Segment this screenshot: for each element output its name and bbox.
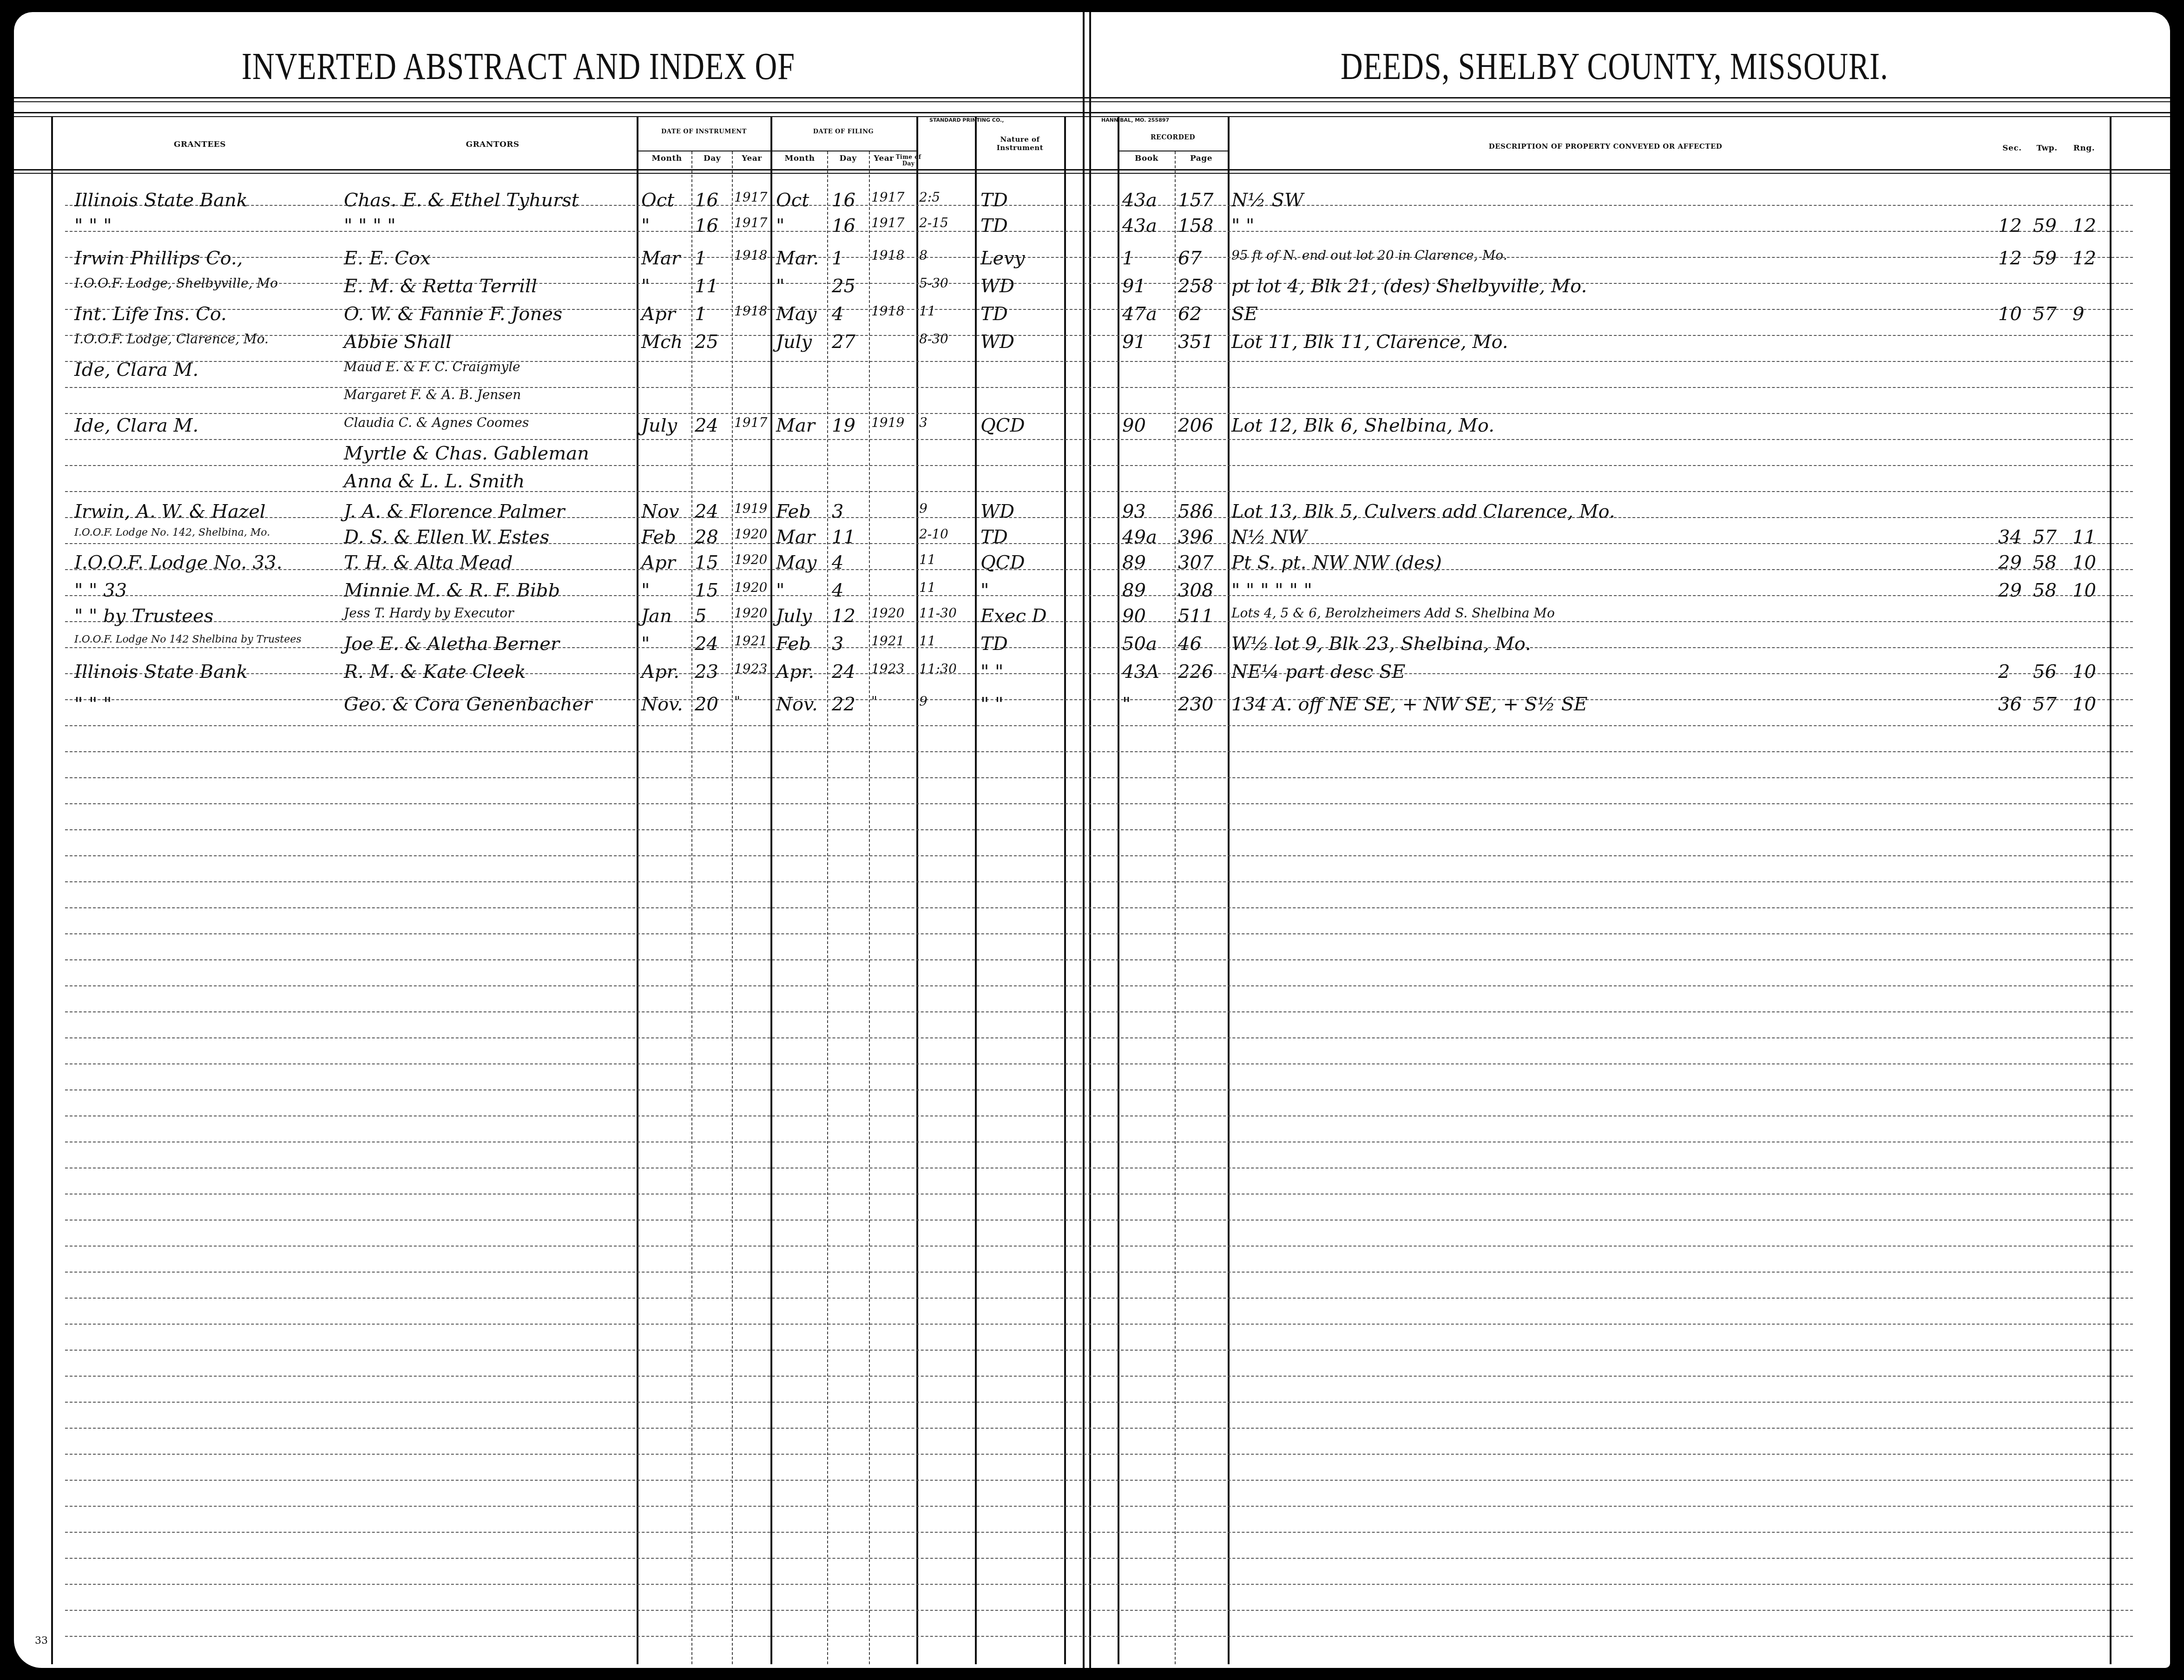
recorded-subheader-rule [1118, 151, 1228, 151]
filing-year-cell: 1923 [871, 663, 904, 676]
instrument-day-cell: 25 [695, 333, 718, 351]
instrument-year-cell: " [734, 695, 740, 708]
grantor-cell: E. E. Cox [344, 249, 431, 268]
time-of-day-cell: 11 [919, 305, 936, 318]
instrument-year-cell: 1920 [734, 528, 767, 541]
nature-cell: WD [980, 277, 1014, 295]
row-rule [65, 1011, 2133, 1012]
twp-cell: 59 [2033, 249, 2057, 268]
col-line-date-filing [770, 117, 772, 1664]
header-filing-month: Month [774, 154, 825, 163]
page-cell: 586 [1178, 502, 1213, 521]
filing-year-cell: 1917 [871, 191, 904, 204]
row-rule [65, 1480, 2133, 1481]
description-cell: Lot 11, Blk 11, Clarence, Mo. [1231, 333, 1508, 351]
grantor-cell: Minnie M. & R. F. Bibb [344, 581, 560, 600]
time-of-day-cell: 3 [919, 416, 928, 429]
table-top-rule [14, 116, 2170, 117]
page-cell: 206 [1178, 416, 1213, 435]
page-cell: 307 [1178, 553, 1213, 572]
grantor-cell: R. M. & Kate Cleek [344, 663, 526, 681]
grantor-cell: Claudia C. & Agnes Coomes [344, 416, 529, 429]
grantee-cell: " " " [74, 695, 112, 714]
grantor-cell: Geo. & Cora Genenbacher [344, 695, 592, 714]
instrument-month-cell: Oct [641, 191, 674, 210]
col-line-nature [975, 117, 977, 1664]
filing-year-cell: 1920 [871, 607, 904, 620]
instrument-month-cell: Mch [641, 333, 683, 351]
nature-cell: Exec D [980, 607, 1047, 625]
nature-cell: TD [980, 635, 1008, 653]
row-rule [65, 621, 2133, 622]
instrument-month-cell: " [641, 217, 650, 235]
row-rule [65, 1037, 2133, 1038]
grantee-cell: Ide, Clara M. [74, 416, 198, 435]
time-of-day-cell: 11 [919, 581, 936, 594]
instrument-year-cell: 1920 [734, 607, 767, 620]
grantee-cell: Illinois State Bank [74, 191, 248, 210]
filing-year-cell: 1919 [871, 416, 904, 429]
description-cell: N½ NW [1231, 528, 1307, 546]
row-rule [65, 1584, 2133, 1585]
row-rule [65, 1194, 2133, 1194]
instrument-day-cell: 23 [695, 663, 718, 681]
rng-cell: 12 [2072, 249, 2096, 268]
description-cell: Lots 4, 5 & 6, Berolzheimers Add S. Shel… [1231, 607, 1555, 620]
instrument-day-cell: 11 [695, 277, 718, 295]
filing-month-cell: " [776, 277, 784, 295]
book-cell: 50a [1122, 635, 1157, 653]
book-cell: 90 [1122, 416, 1146, 435]
row-rule [65, 1636, 2133, 1637]
row-rule [65, 1428, 2133, 1429]
twp-cell: 57 [2033, 305, 2057, 323]
grantee-cell: I.O.O.F. Lodge No 142 Shelbina by Truste… [74, 635, 302, 645]
twp-cell: 58 [2033, 581, 2057, 600]
instrument-month-cell: " [641, 277, 650, 295]
instrument-month-cell: July [641, 416, 677, 435]
time-of-day-cell: 11 [919, 635, 936, 648]
row-rule [65, 725, 2133, 726]
instrument-month-cell: " [641, 635, 650, 653]
time-of-day-cell: 9 [919, 695, 928, 708]
description-cell: " " [1231, 217, 1255, 235]
nature-cell: TD [980, 191, 1008, 210]
filing-day-cell: 16 [832, 217, 855, 235]
row-rule [65, 777, 2133, 778]
row-rule [65, 1350, 2133, 1351]
description-cell: Lot 12, Blk 6, Shelbina, Mo. [1231, 416, 1494, 435]
filing-year-cell: 1917 [871, 217, 904, 230]
filing-year-cell: 1918 [871, 249, 904, 262]
sec-cell: 29 [1998, 581, 2022, 600]
header-sec: Sec. [1998, 144, 2026, 153]
page-cell: 230 [1178, 695, 1213, 714]
row-rule [65, 1610, 2133, 1611]
col-line-book [1118, 117, 1119, 1664]
filing-day-cell: 22 [832, 695, 855, 714]
col-line-date-instrument [637, 117, 638, 1664]
header-filing-year: Year [870, 154, 898, 163]
header-bottom-rule [14, 173, 2170, 174]
sec-cell: 34 [1998, 528, 2022, 546]
grantor-cell: Margaret F. & A. B. Jensen [344, 388, 521, 401]
description-cell: W½ lot 9, Blk 23, Shelbina, Mo. [1231, 635, 1531, 653]
filing-day-cell: 4 [832, 305, 843, 323]
col-line-left [51, 117, 53, 1664]
title-right: DEEDS, SHELBY COUNTY, MISSOURI. [1341, 45, 1888, 89]
filing-month-cell: May [776, 305, 816, 323]
grantor-cell: Abbie Shall [344, 333, 452, 351]
book-cell: 43A [1122, 663, 1159, 681]
filing-month-cell: " [776, 581, 784, 600]
time-of-day-cell: 8 [919, 249, 928, 262]
nature-cell: " [980, 581, 989, 600]
header-year: Year [733, 154, 770, 163]
row-rule [65, 1142, 2133, 1142]
header-page: Page [1176, 154, 1227, 163]
book-cell: 1 [1122, 249, 1134, 268]
time-of-day-cell: 11:30 [919, 663, 957, 676]
instrument-day-cell: 16 [695, 191, 718, 210]
filing-year-cell: 1921 [871, 635, 904, 648]
instrument-day-cell: 24 [695, 635, 718, 653]
printer-imprint-right: HANNIBAL, MO. 255897 [1101, 117, 1169, 123]
filing-month-cell: Feb [776, 502, 811, 521]
row-rule [65, 907, 2133, 908]
row-rule [65, 1168, 2133, 1168]
col-line-time [916, 117, 918, 1664]
filing-day-cell: 27 [832, 333, 855, 351]
page-cell: 396 [1178, 528, 1213, 546]
instrument-month-cell: Jan [641, 607, 672, 625]
instrument-day-cell: 1 [695, 249, 706, 268]
header-rule [14, 97, 2170, 98]
row-rule [65, 985, 2133, 986]
instrument-day-cell: 5 [695, 607, 706, 625]
rng-cell: 9 [2072, 305, 2084, 323]
book-spine [1083, 12, 1091, 1668]
filing-day-cell: 4 [832, 581, 843, 600]
page-cell: 67 [1178, 249, 1202, 268]
row-rule [65, 413, 2133, 414]
page-cell: 46 [1178, 635, 1202, 653]
header-grantees: GRANTEES [153, 140, 246, 149]
instrument-day-cell: 28 [695, 528, 718, 546]
instrument-day-cell: 15 [695, 581, 718, 600]
header-bottom-rule [14, 169, 2170, 171]
rng-cell: 10 [2072, 581, 2096, 600]
instrument-month-cell: Apr [641, 305, 676, 323]
time-of-day-cell: 11 [919, 553, 936, 566]
instrument-year-cell: 1921 [734, 635, 767, 648]
rng-cell: 10 [2072, 695, 2096, 714]
nature-cell: " " [980, 695, 1004, 714]
filing-day-cell: 4 [832, 553, 843, 572]
row-rule [65, 751, 2133, 752]
time-of-day-cell: 8-30 [919, 333, 948, 346]
instrument-year-cell: 1917 [734, 191, 767, 204]
description-cell: Pt S. pt. NW NW (des) [1231, 553, 1442, 572]
description-cell: NE¼ part desc SE [1231, 663, 1406, 681]
grantee-cell: I.O.O.F. Lodge, Shelbyville, Mo [74, 277, 278, 290]
page-cell: 158 [1178, 217, 1213, 235]
time-of-day-cell: 2:5 [919, 191, 940, 204]
filing-day-cell: 25 [832, 277, 855, 295]
grantor-cell: Chas. E. & Ethel Tyhurst [344, 191, 579, 210]
grantee-cell: " " 33 [74, 581, 127, 600]
grantor-cell: E. M. & Retta Terrill [344, 277, 537, 295]
row-rule [65, 1454, 2133, 1455]
filing-day-cell: 1 [832, 249, 843, 268]
twp-cell: 57 [2033, 528, 2057, 546]
grantor-cell: O. W. & Fannie F. Jones [344, 305, 562, 323]
instrument-month-cell: " [641, 581, 650, 600]
filing-day-cell: 16 [832, 191, 855, 210]
description-cell: SE [1231, 305, 1258, 323]
header-date-of-filing: DATE OF FILING [776, 128, 911, 135]
row-rule [65, 465, 2133, 466]
filing-month-cell: July [776, 333, 812, 351]
instrument-month-cell: Apr [641, 553, 676, 572]
grantee-cell: Irwin Phillips Co., [74, 249, 243, 268]
row-rule [65, 959, 2133, 960]
grantor-cell: Anna & L. L. Smith [344, 472, 525, 491]
row-rule [65, 1272, 2133, 1273]
description-cell: 134 A. off NE SE, + NW SE, + S½ SE [1231, 695, 1587, 714]
grantee-cell: I.O.O.F. Lodge No. 142, Shelbina, Mo. [74, 528, 270, 538]
row-rule [65, 1532, 2133, 1533]
grantor-cell: Maud E. & F. C. Craigmyle [344, 361, 520, 374]
header-recorded: RECORDED [1120, 134, 1226, 141]
filing-day-cell: 12 [832, 607, 855, 625]
filing-day-cell: 3 [832, 635, 843, 653]
filing-month-cell: Mar [776, 528, 815, 546]
book-cell: 93 [1122, 502, 1146, 521]
nature-cell: TD [980, 528, 1008, 546]
filing-month-cell: Feb [776, 635, 811, 653]
nature-cell: Levy [980, 249, 1025, 268]
nature-cell: TD [980, 305, 1008, 323]
twp-cell: 56 [2033, 663, 2057, 681]
instrument-year-cell: 1917 [734, 416, 767, 429]
col-line-right [2110, 117, 2112, 1664]
time-of-day-cell: 9 [919, 502, 928, 515]
filing-month-cell: Nov. [776, 695, 818, 714]
grantee-cell: I.O.O.F. Lodge No. 33. [74, 553, 282, 572]
page-mark: 33 [35, 1636, 48, 1646]
row-rule [65, 1089, 2133, 1090]
rng-cell: 12 [2072, 217, 2096, 235]
row-rule [65, 1116, 2133, 1116]
description-cell: 95 ft of N. end out lot 20 in Clarence, … [1231, 249, 1507, 262]
sec-cell: 12 [1998, 249, 2022, 268]
book-cell: " [1122, 695, 1131, 714]
instrument-year-cell: 1918 [734, 305, 767, 318]
sec-cell: 2 [1998, 663, 2010, 681]
header-filing-day: Day [828, 154, 868, 163]
filing-year-cell: 1918 [871, 305, 904, 318]
col-line-nature-end [1064, 117, 1066, 1664]
instrument-year-cell: 1918 [734, 249, 767, 262]
filing-day-cell: 19 [832, 416, 855, 435]
row-rule [65, 439, 2133, 440]
rng-cell: 10 [2072, 553, 2096, 572]
rng-cell: 10 [2072, 663, 2096, 681]
header-day: Day [692, 154, 732, 163]
row-rule [65, 933, 2133, 934]
filing-day-cell: 11 [832, 528, 855, 546]
grantor-cell: Jess T. Hardy by Executor [344, 607, 514, 620]
filing-day-cell: 24 [832, 663, 855, 681]
filing-month-cell: " [776, 217, 784, 235]
nature-cell: TD [980, 217, 1008, 235]
table-top-rule [14, 112, 2170, 113]
row-rule [65, 1376, 2133, 1377]
header-time-of-day: Time of Day [895, 154, 922, 167]
instrument-day-cell: 15 [695, 553, 718, 572]
grantor-cell: Myrtle & Chas. Gableman [344, 444, 589, 463]
description-cell: " " " " " " [1231, 581, 1312, 600]
row-rule [65, 1220, 2133, 1221]
filing-year-cell: " [871, 695, 877, 708]
grantee-cell: Int. Life Ins. Co. [74, 305, 227, 323]
instrument-month-cell: Feb [641, 528, 676, 546]
header-month: Month [646, 154, 688, 163]
grantor-cell: " " " " [344, 217, 396, 235]
instrument-year-cell: 1920 [734, 553, 767, 566]
grantor-cell: Joe E. & Aletha Berner [344, 635, 559, 653]
nature-cell: " " [980, 663, 1004, 681]
instrument-month-cell: Nov. [641, 695, 683, 714]
grantor-cell: D. S. & Ellen W. Estes [344, 528, 549, 546]
instrument-day-cell: 24 [695, 416, 718, 435]
page-cell: 62 [1178, 305, 1202, 323]
twp-cell: 57 [2033, 695, 2057, 714]
description-cell: N½ SW [1231, 191, 1303, 210]
row-rule [65, 1506, 2133, 1507]
instrument-day-cell: 20 [695, 695, 718, 714]
page-cell: 511 [1178, 607, 1213, 625]
instrument-year-cell: 1923 [734, 663, 767, 676]
rng-cell: 11 [2072, 528, 2096, 546]
time-of-day-cell: 11-30 [919, 607, 957, 620]
grantee-cell: Irwin, A. W. & Hazel [74, 502, 266, 521]
header-nature: Nature of Instrument [978, 135, 1062, 152]
row-rule [65, 1063, 2133, 1064]
page-cell: 258 [1178, 277, 1213, 295]
printer-imprint-left: STANDARD PRINTING CO., [929, 117, 1004, 123]
grantee-cell: " " by Trustees [74, 607, 213, 625]
filing-month-cell: July [776, 607, 812, 625]
book-cell: 47a [1122, 305, 1157, 323]
time-of-day-cell: 2-10 [919, 528, 948, 541]
instrument-day-cell: 1 [695, 305, 706, 323]
nature-cell: WD [980, 502, 1014, 521]
twp-cell: 59 [2033, 217, 2057, 235]
header-description: DESCRIPTION OF PROPERTY CONVEYED OR AFFE… [1269, 142, 1942, 151]
scan-edge [0, 1668, 2184, 1680]
header-date-of-instrument: DATE OF INSTRUMENT [639, 128, 769, 135]
row-rule [65, 1298, 2133, 1299]
book-cell: 43a [1122, 191, 1157, 210]
row-rule [65, 1402, 2133, 1403]
sec-cell: 36 [1998, 695, 2022, 714]
book-cell: 49a [1122, 528, 1157, 546]
description-cell: Lot 13, Blk 5, Culvers add Clarence, Mo. [1231, 502, 1615, 521]
filing-month-cell: Oct [776, 191, 809, 210]
grantee-cell: I.O.O.F. Lodge, Clarence, Mo. [74, 333, 269, 346]
instrument-month-cell: Apr. [641, 663, 679, 681]
header-grantors: GRANTORS [446, 140, 539, 149]
row-rule [65, 1324, 2133, 1325]
grantee-cell: Illinois State Bank [74, 663, 248, 681]
grantee-cell: " " " [74, 217, 112, 235]
header-rng: Rng. [2068, 144, 2100, 153]
filing-month-cell: Apr. [776, 663, 814, 681]
book-cell: 89 [1122, 581, 1146, 600]
book-cell: 91 [1122, 333, 1146, 351]
instrument-year-cell: 1917 [734, 217, 767, 230]
page-cell: 308 [1178, 581, 1213, 600]
header-twp: Twp. [2031, 144, 2063, 153]
book-cell: 43a [1122, 217, 1157, 235]
ledger-page: INVERTED ABSTRACT AND INDEX OF DEEDS, SH… [14, 12, 2170, 1668]
book-cell: 91 [1122, 277, 1146, 295]
nature-cell: QCD [980, 553, 1025, 572]
filing-month-cell: Mar. [776, 249, 819, 268]
nature-cell: QCD [980, 416, 1025, 435]
page-cell: 226 [1178, 663, 1213, 681]
row-rule [65, 1558, 2133, 1559]
filing-day-cell: 3 [832, 502, 843, 521]
instrument-year-cell: 1920 [734, 581, 767, 594]
time-of-day-cell: 5-30 [919, 277, 948, 290]
sec-cell: 10 [1998, 305, 2022, 323]
page-cell: 157 [1178, 191, 1213, 210]
instrument-month-cell: Mar [641, 249, 680, 268]
filing-month-cell: May [776, 553, 816, 572]
row-rule [65, 803, 2133, 804]
grantor-cell: J. A. & Florence Palmer [344, 502, 565, 521]
nature-cell: WD [980, 333, 1014, 351]
row-rule [65, 855, 2133, 856]
sec-cell: 12 [1998, 217, 2022, 235]
grantee-cell: Ide, Clara M. [74, 361, 198, 379]
col-line-description [1228, 117, 1230, 1664]
instrument-year-cell: 1919 [734, 502, 767, 515]
row-rule [65, 829, 2133, 830]
instrument-day-cell: 24 [695, 502, 718, 521]
filing-month-cell: Mar [776, 416, 815, 435]
row-rule [65, 881, 2133, 882]
book-cell: 90 [1122, 607, 1146, 625]
title-left: INVERTED ABSTRACT AND INDEX OF [242, 45, 795, 89]
twp-cell: 58 [2033, 553, 2057, 572]
page-cell: 351 [1178, 333, 1213, 351]
sec-cell: 29 [1998, 553, 2022, 572]
time-of-day-cell: 2-15 [919, 217, 948, 230]
date-subheader-rule [637, 151, 916, 151]
header-book: Book [1120, 154, 1173, 163]
header-rule [14, 101, 2170, 102]
instrument-day-cell: 16 [695, 217, 718, 235]
instrument-month-cell: Nov [641, 502, 679, 521]
row-rule [65, 1246, 2133, 1247]
grantor-cell: T. H. & Alta Mead [344, 553, 513, 572]
book-cell: 89 [1122, 553, 1146, 572]
description-cell: pt lot 4, Blk 21, (des) Shelbyville, Mo. [1231, 277, 1587, 295]
